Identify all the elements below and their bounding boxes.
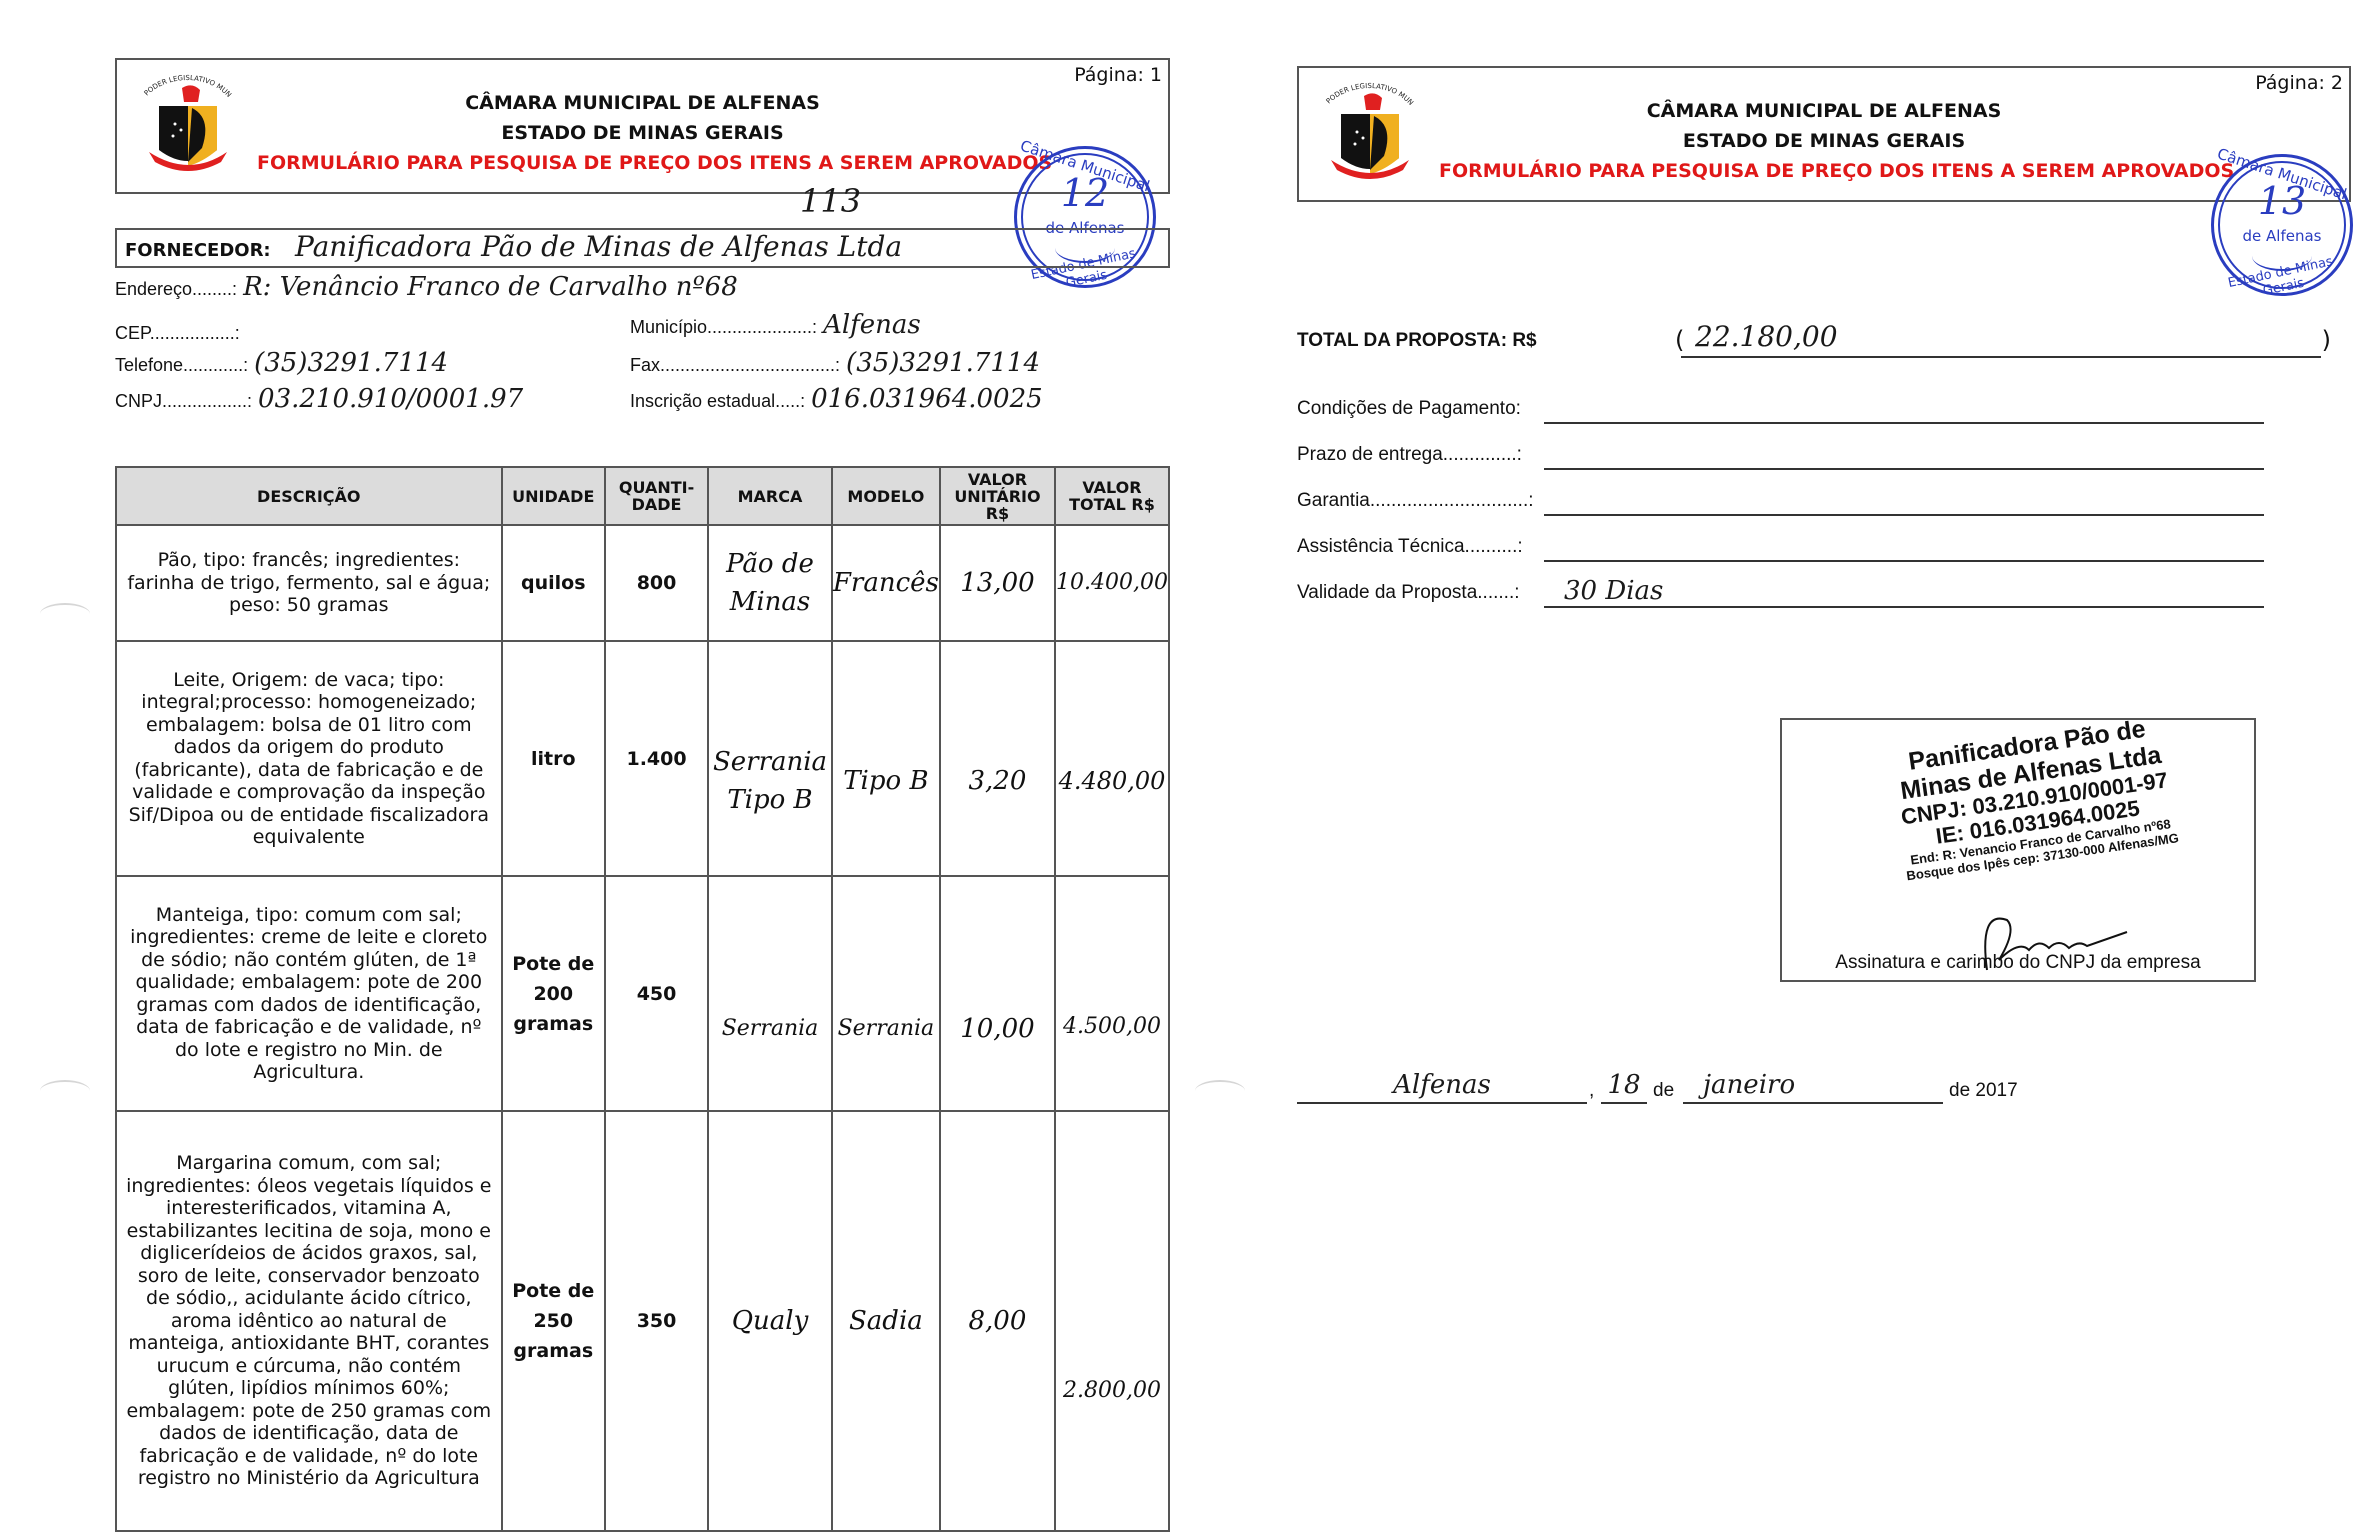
item-description: Leite, Origem: de vaca; tipo: integral;p…	[116, 641, 502, 876]
item-brand[interactable]: Serrania Tipo B	[708, 641, 832, 876]
form-header: PODER LEGISLATIVO MUNICIPAL Página: 2 CÂ…	[1297, 66, 2351, 202]
proposal-validity-label: Validade da Proposta.......:	[1297, 582, 1520, 604]
table-row: Pão, tipo: francês; ingredientes: farinh…	[116, 525, 1169, 641]
item-unit: quilos	[502, 525, 605, 641]
approval-stamp: Câmara Municipal 13 de Alfenas Estado de…	[2211, 154, 2353, 296]
col-header-description: DESCRIÇÃO	[116, 467, 502, 525]
state-subtitle: ESTADO DE MINAS GERAIS	[1299, 130, 2349, 152]
fax-field[interactable]: Fax...................................:(…	[630, 348, 1040, 378]
form-header: PODER LEGISLATIVO MUNICIPAL Página: 1 CÂ…	[115, 58, 1170, 194]
cnpj-value: 03.210.910/0001.97	[258, 384, 523, 414]
col-header-brand: MARCA	[708, 467, 832, 525]
form-title: FORMULÁRIO PARA PESQUISA DE PREÇO DOS IT…	[1439, 160, 2234, 182]
items-table: DESCRIÇÃO UNIDADE QUANTI-DADE MARCA MODE…	[115, 466, 1170, 1532]
supplier-value: Panificadora Pão de Minas de Alfenas Ltd…	[295, 230, 902, 263]
item-quantity: 350	[605, 1111, 708, 1531]
proposal-validity-value: 30 Dias	[1564, 576, 1663, 606]
item-model[interactable]: Tipo B	[832, 641, 940, 876]
table-row: Margarina comum, com sal; ingredientes: …	[116, 1111, 1169, 1531]
page-number: Página: 1	[1074, 64, 1162, 86]
address-value: R: Venâncio Franco de Carvalho nº68	[243, 272, 738, 302]
item-brand[interactable]: Serrania	[708, 876, 832, 1111]
total-label: TOTAL DA PROPOSTA: R$	[1297, 330, 1537, 352]
phone-field[interactable]: Telefone............:(35)3291.7114	[115, 348, 448, 378]
item-unit: litro	[502, 641, 605, 876]
item-total-price[interactable]: 4.480,00	[1055, 641, 1169, 876]
item-unit: Pote de 250 gramas	[502, 1111, 605, 1531]
col-header-model: MODELO	[832, 467, 940, 525]
year-text: de 2017	[1949, 1080, 2018, 1102]
item-total-price[interactable]: 10.400,00	[1055, 525, 1169, 641]
address-field[interactable]: Endereço........:R: Venâncio Franco de C…	[115, 272, 738, 302]
item-unit-price[interactable]: 3,20	[940, 641, 1055, 876]
punch-hole-mark	[40, 1080, 90, 1102]
item-model[interactable]: Serrania	[832, 876, 940, 1111]
punch-hole-mark	[40, 603, 90, 625]
fax-value: (35)3291.7114	[846, 348, 1040, 378]
phone-value: (35)3291.7114	[254, 348, 448, 378]
page-number: Página: 2	[2255, 72, 2343, 94]
item-total-price[interactable]: 2.800,00	[1055, 1111, 1169, 1531]
city-field[interactable]: Alfenas	[1297, 1064, 1587, 1104]
item-description: Pão, tipo: francês; ingredientes: farinh…	[116, 525, 502, 641]
item-total-price[interactable]: 4.500,00	[1055, 876, 1169, 1111]
company-cnpj-stamp: Panificadora Pão de Minas de Alfenas Ltd…	[1822, 703, 2247, 893]
institution-title: CÂMARA MUNICIPAL DE ALFENAS	[117, 92, 1168, 114]
day-value: 18	[1601, 1070, 1647, 1100]
form-page-1: PODER LEGISLATIVO MUNICIPAL Página: 1 CÂ…	[0, 0, 1181, 1535]
item-brand[interactable]: Pão de Minas	[708, 525, 832, 641]
item-unit: Pote de 200 gramas	[502, 876, 605, 1111]
col-header-unit-price: VALOR UNITÁRIO R$	[940, 467, 1055, 525]
item-quantity: 1.400	[605, 641, 708, 876]
signature-box[interactable]: Panificadora Pão de Minas de Alfenas Ltd…	[1780, 718, 2256, 982]
stamp-page-number: 13	[2214, 179, 2350, 223]
table-row: Manteiga, tipo: comum com sal; ingredien…	[116, 876, 1169, 1111]
total-field[interactable]: ( 22.180,00 )	[1681, 322, 2321, 358]
signature-caption: Assinatura e carimbo do CNPJ da empresa	[1782, 952, 2254, 974]
institution-title: CÂMARA MUNICIPAL DE ALFENAS	[1299, 100, 2349, 122]
day-field[interactable]: 18	[1601, 1064, 1647, 1104]
col-header-quantity: QUANTI-DADE	[605, 467, 708, 525]
stamp-page-number: 12	[1017, 171, 1153, 215]
payment-terms-label: Condições de Pagamento:	[1297, 398, 1521, 420]
supplier-field[interactable]: FORNECEDOR: Panificadora Pão de Minas de…	[115, 228, 1170, 268]
handwritten-reference-number: 113	[800, 182, 861, 220]
month-field[interactable]: janeiro	[1683, 1064, 1943, 1104]
payment-terms-field[interactable]	[1544, 394, 2264, 424]
item-quantity: 450	[605, 876, 708, 1111]
cep-field[interactable]: CEP.................:	[115, 316, 246, 346]
item-unit-price[interactable]: 10,00	[940, 876, 1055, 1111]
item-unit-price[interactable]: 13,00	[940, 525, 1055, 641]
item-model[interactable]: Francês	[832, 525, 940, 641]
item-model[interactable]: Sadia	[832, 1111, 940, 1531]
punch-hole-mark	[1195, 1080, 1245, 1102]
col-header-total-price: VALOR TOTAL R$	[1055, 467, 1169, 525]
col-header-unit: UNIDADE	[502, 467, 605, 525]
table-row: Leite, Origem: de vaca; tipo: integral;p…	[116, 641, 1169, 876]
cnpj-field[interactable]: CNPJ.................:03.210.910/0001.97	[115, 384, 523, 414]
total-value: 22.180,00	[1695, 320, 1838, 353]
technical-assistance-label: Assistência Técnica..........:	[1297, 536, 1523, 558]
date-line: Alfenas , 18 de janeiro de 2017	[1297, 1064, 2057, 1104]
table-header-row: DESCRIÇÃO UNIDADE QUANTI-DADE MARCA MODE…	[116, 467, 1169, 525]
form-page-2: PODER LEGISLATIVO MUNICIPAL Página: 2 CÂ…	[1181, 0, 2362, 1535]
technical-assistance-field[interactable]	[1544, 532, 2264, 562]
warranty-label: Garantia..............................:	[1297, 490, 1534, 512]
item-brand[interactable]: Qualy	[708, 1111, 832, 1531]
municipality-value: Alfenas	[823, 310, 921, 340]
delivery-time-field[interactable]	[1544, 440, 2264, 470]
delivery-time-label: Prazo de entrega..............:	[1297, 444, 1522, 466]
item-description: Manteiga, tipo: comum com sal; ingredien…	[116, 876, 502, 1111]
warranty-field[interactable]	[1544, 486, 2264, 516]
state-registration-field[interactable]: Inscrição estadual.....:016.031964.0025	[630, 384, 1043, 414]
proposal-validity-field[interactable]: 30 Dias	[1544, 578, 2264, 608]
item-unit-price[interactable]: 8,00	[940, 1111, 1055, 1531]
form-title: FORMULÁRIO PARA PESQUISA DE PREÇO DOS IT…	[257, 152, 1052, 174]
item-quantity: 800	[605, 525, 708, 641]
item-description: Margarina comum, com sal; ingredientes: …	[116, 1111, 502, 1531]
state-registration-value: 016.031964.0025	[811, 384, 1043, 414]
state-subtitle: ESTADO DE MINAS GERAIS	[117, 122, 1168, 144]
municipality-field[interactable]: Município.....................:Alfenas	[630, 310, 921, 340]
supplier-label: FORNECEDOR:	[125, 240, 271, 261]
month-value: janeiro	[1703, 1070, 1963, 1100]
city-value: Alfenas	[1297, 1070, 1587, 1100]
